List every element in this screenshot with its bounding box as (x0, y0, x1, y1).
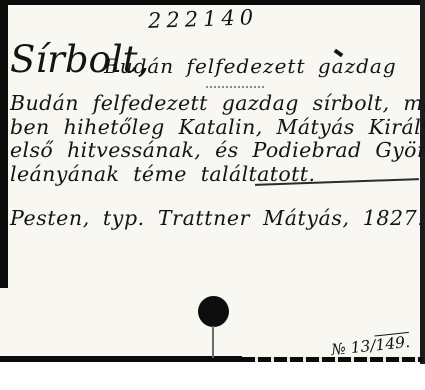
card-bottom-edge (0, 356, 242, 362)
scanned-catalog-card: 222140 Sírbolt, Budán felfedezett gazdag… (0, 0, 425, 390)
scan-edge-top (0, 0, 425, 5)
scan-edge-left (0, 0, 8, 288)
body-line-1: Budán felfedezett gazdag sírbolt, melly- (10, 92, 425, 116)
imprint-line: Pesten, typ. Trattner Mátyás, 1827. 8°22… (10, 206, 425, 230)
body-line-4: leányának téme találtatott. (10, 163, 425, 187)
catalog-number: 222140 (148, 5, 259, 33)
title-dotted-underline (206, 86, 264, 88)
body-line-2: ben hihetőleg Katalin, Mátyás Király (10, 116, 425, 140)
title-annotation: Budán felfedezett gazdag (104, 54, 397, 78)
punch-string-line (212, 326, 214, 358)
punch-hole-dot (198, 296, 229, 327)
shelf-mark-number: 149. (375, 333, 411, 355)
body-line-3: első hitvessának, és Podiebrad György (10, 139, 425, 163)
body-text: Budán felfedezett gazdag sírbolt, melly-… (10, 92, 425, 186)
